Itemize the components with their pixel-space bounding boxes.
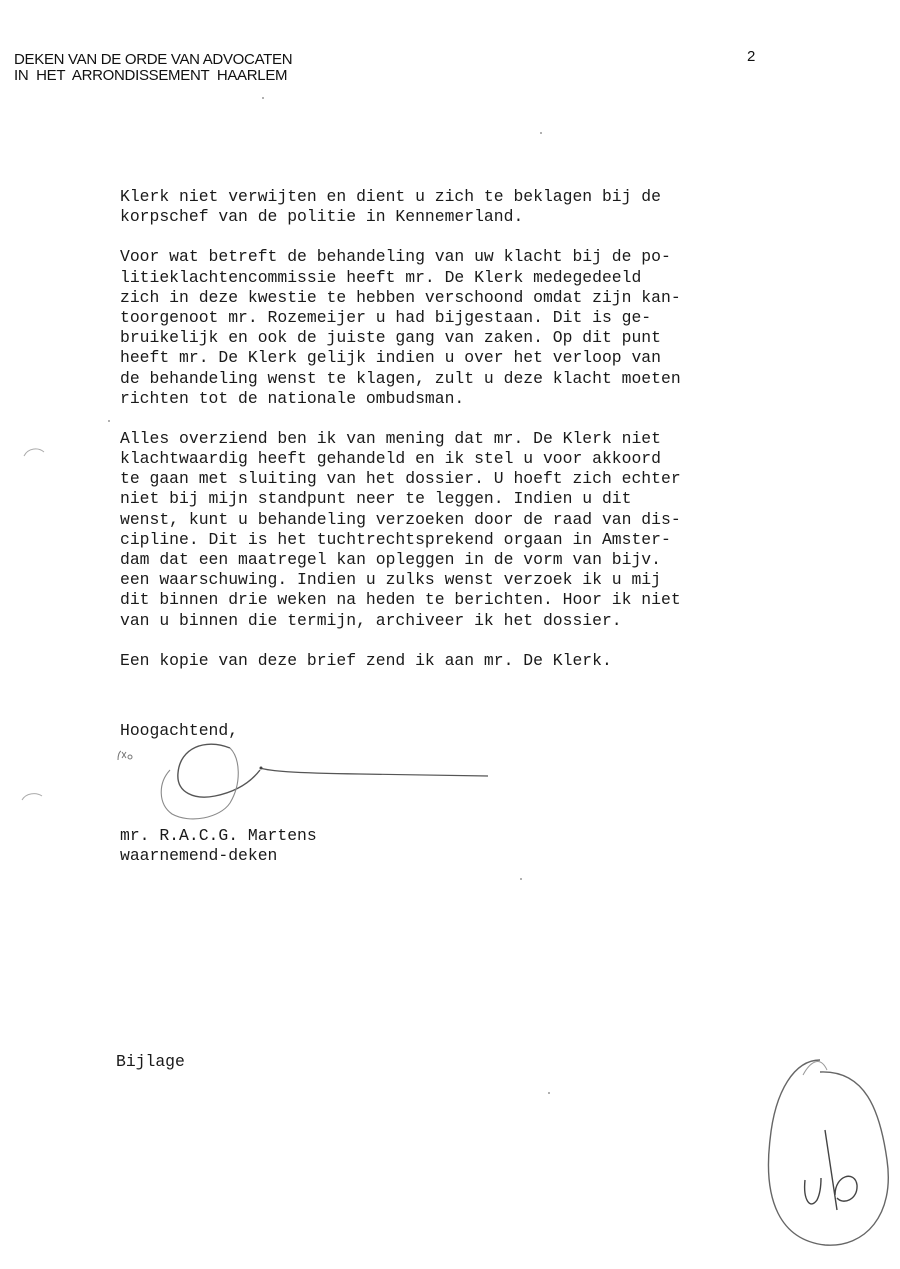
letter-body: Klerk niet verwijten en dient u zich te … xyxy=(120,187,681,671)
body-line: te gaan met sluiting van het dossier. U … xyxy=(120,469,681,489)
paragraph-3: Alles overziend ben ik van mening dat mr… xyxy=(120,429,681,631)
body-line: cipline. Dit is het tuchtrechtsprekend o… xyxy=(120,530,681,550)
paragraph-2: Voor wat betreft de behandeling van uw k… xyxy=(120,247,681,409)
signatory-title: waarnemend-deken xyxy=(120,846,317,866)
scan-speck xyxy=(108,420,110,422)
paragraph-1: Klerk niet verwijten en dient u zich te … xyxy=(120,187,681,227)
body-line: wenst, kunt u behandeling verzoeken door… xyxy=(120,510,681,530)
punch-hole-mark-icon xyxy=(20,790,46,802)
body-line: Voor wat betreft de behandeling van uw k… xyxy=(120,247,681,267)
handwritten-page-stamp-icon xyxy=(755,1050,895,1260)
signatory-block: mr. R.A.C.G. Martens waarnemend-deken xyxy=(120,826,317,866)
body-line: een waarschuwing. Indien u zulks wenst v… xyxy=(120,570,681,590)
body-line: toorgenoot mr. Rozemeijer u had bijgesta… xyxy=(120,308,681,328)
body-line: dam dat een maatregel kan opleggen in de… xyxy=(120,550,681,570)
body-line: Alles overziend ben ik van mening dat mr… xyxy=(120,429,681,449)
body-line: litieklachtencommissie heeft mr. De Kler… xyxy=(120,268,681,288)
body-line: zich in deze kwestie te hebben verschoon… xyxy=(120,288,681,308)
body-line: niet bij mijn standpunt neer te leggen. … xyxy=(120,489,681,509)
body-line: korpschef van de politie in Kennemerland… xyxy=(120,207,681,227)
signatory-name: mr. R.A.C.G. Martens xyxy=(120,826,317,846)
scan-speck xyxy=(540,132,542,134)
body-line: heeft mr. De Klerk gelijk indien u over … xyxy=(120,348,681,368)
body-line: richten tot de nationale ombudsman. xyxy=(120,389,681,409)
body-line: van u binnen die termijn, archiveer ik h… xyxy=(120,611,681,631)
body-line: Klerk niet verwijten en dient u zich te … xyxy=(120,187,681,207)
enclosure-label: Bijlage xyxy=(116,1052,185,1071)
punch-hole-mark-icon xyxy=(22,446,48,458)
body-line: de behandeling wenst te klagen, zult u d… xyxy=(120,369,681,389)
handwritten-signature xyxy=(110,738,500,828)
per-order-mark-icon xyxy=(118,751,132,760)
letterhead-line-2: IN HET ARRONDISSEMENT HAARLEM xyxy=(14,68,292,84)
page-number: 2 xyxy=(747,48,755,65)
scan-speck xyxy=(262,97,264,99)
paragraph-4: Een kopie van deze brief zend ik aan mr.… xyxy=(120,651,681,671)
scan-speck xyxy=(520,878,522,880)
body-line: bruikelijk en ook de juiste gang van zak… xyxy=(120,328,681,348)
scan-speck xyxy=(548,1092,550,1094)
letterhead-line-1: DEKEN VAN DE ORDE VAN ADVOCATEN xyxy=(14,52,292,68)
letterhead: DEKEN VAN DE ORDE VAN ADVOCATEN IN HET A… xyxy=(14,52,292,84)
body-line: dit binnen drie weken na heden te berich… xyxy=(120,590,681,610)
body-line: klachtwaardig heeft gehandeld en ik stel… xyxy=(120,449,681,469)
body-line: Een kopie van deze brief zend ik aan mr.… xyxy=(120,651,681,671)
